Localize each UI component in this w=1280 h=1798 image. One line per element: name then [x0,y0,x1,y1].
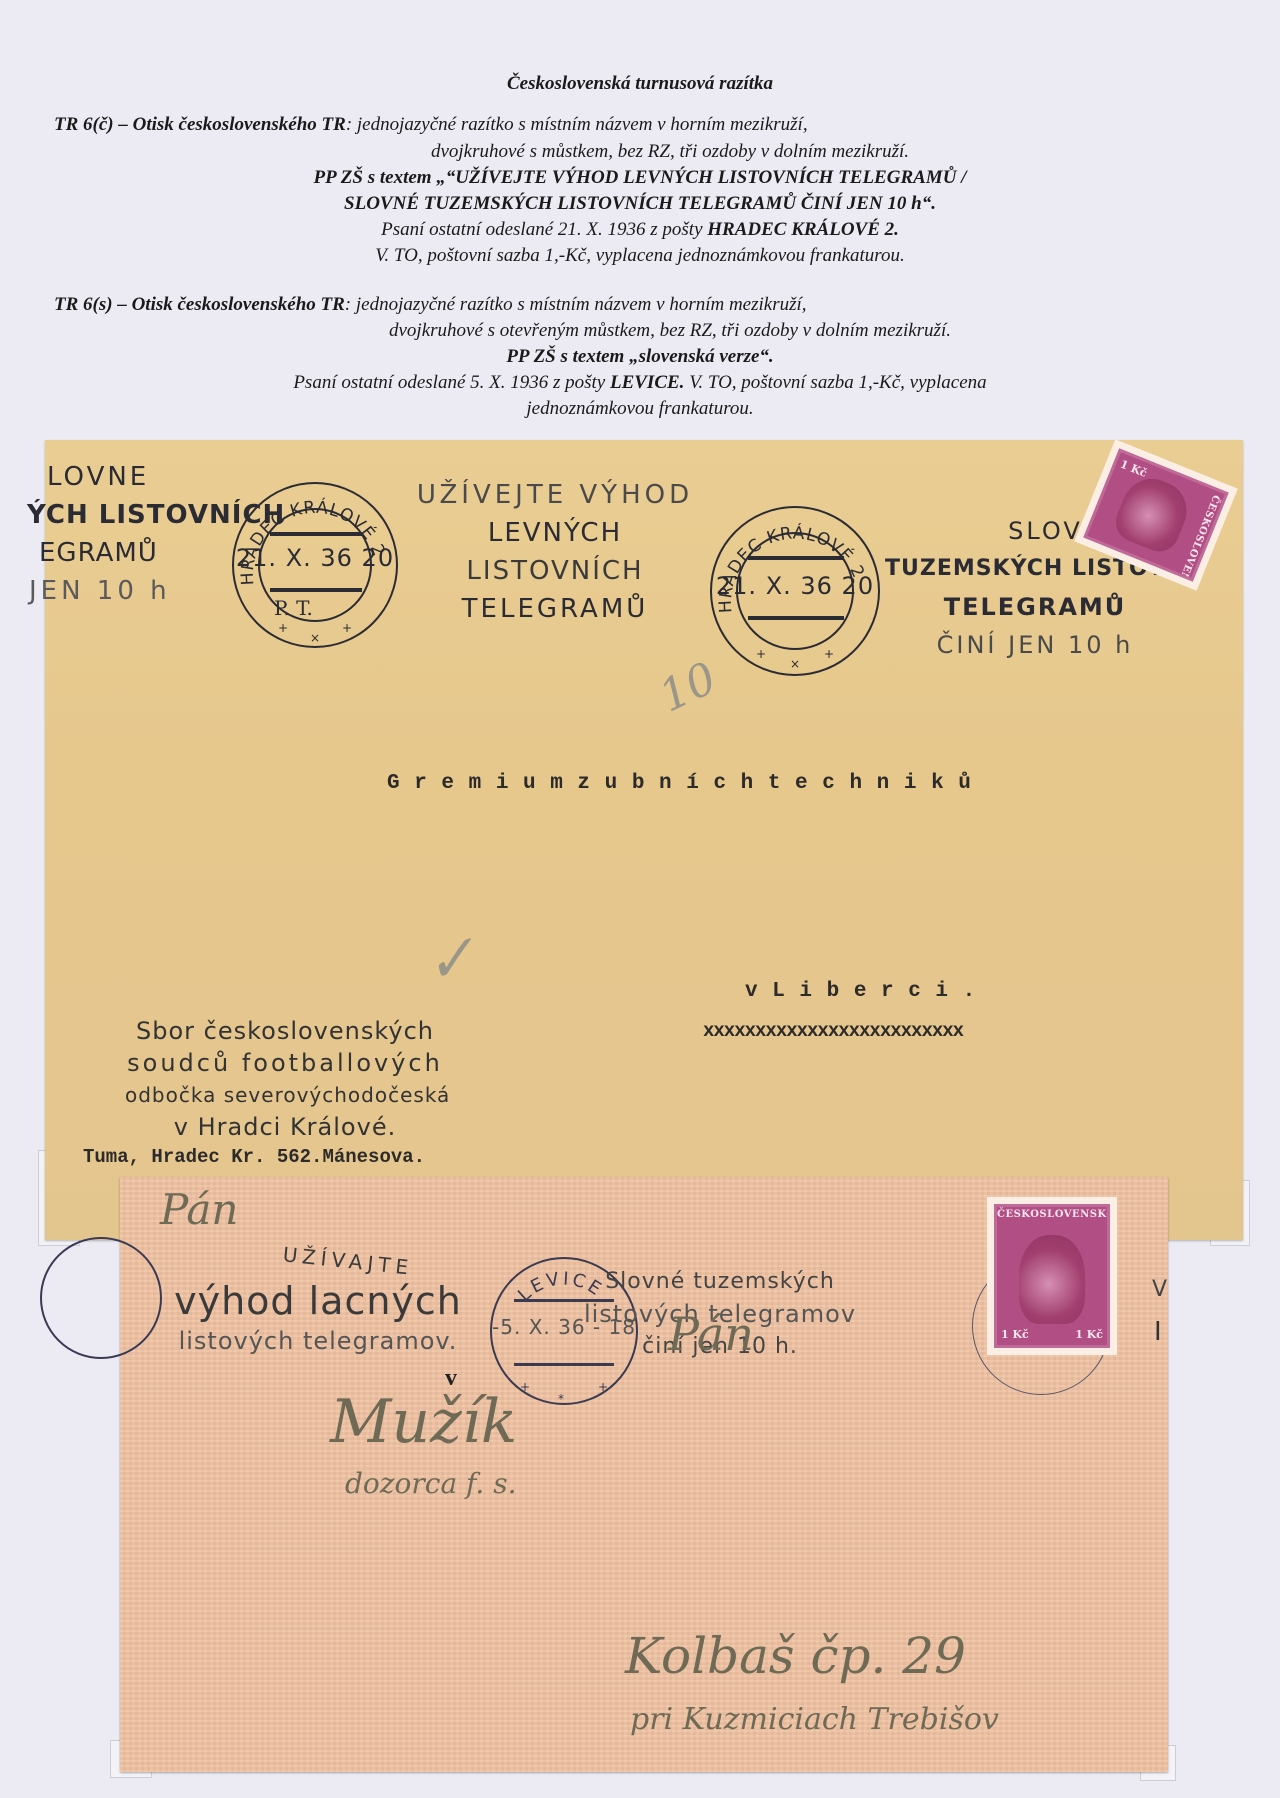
postmark-hradec-2: 21. X. 36 20 HRADEC KRÁLOVÉ 2 + × + [710,506,880,676]
addressee-underline: xxxxxxxxxxxxxxxxxxxxxxxxx [703,1020,963,1042]
tr6c-slogan: PP ZŠ s textem „“UŽÍVEJTE VÝHOD LEVNÝCH … [0,166,1280,190]
recipient-name: Mužík [330,1387,517,1457]
svg-text:*: * [558,1392,564,1403]
svg-text:+: + [278,621,288,635]
postmark-hradec-1: 21. X. 36 20 P. T. HRADEC KRÁLOVÉ 2 + × … [232,482,398,648]
svg-text:+: + [756,647,766,661]
svg-text:×: × [310,631,320,645]
address-line-2: pri Kuzmiciach Trebišov [630,1702,999,1737]
address-line-1: Kolbaš čp. 29 [625,1627,966,1685]
slogan-fragment-right: V [1152,1277,1167,1302]
tr6s-slogan: PP ZŠ s textem „slovenská verze“. [0,345,1280,369]
addressee-name: G r e m i u m z u b n í c h t e c h n i … [387,772,972,795]
svg-text:+: + [598,1380,608,1394]
tr6s-sent: Psaní ostatní odeslané 5. X. 1936 z pošt… [0,371,1280,395]
tr6c-rate: V. TO, poštovní sazba 1,-Kč, vyplacena j… [0,244,1280,268]
slogan-left: UŽÍVAJTE výhod lacných listových telegra… [158,1249,478,1355]
svg-text:+: + [342,621,352,635]
sender-typed-address: Tuma, Hradec Kr. 562.Mánesova. [83,1146,425,1168]
tr6c-heading: TR 6(č) – Otisk československého TR: jed… [54,113,808,137]
slogan-center: UŽÍVEJTE VÝHOD LEVNÝCH LISTOVNÍCH TELEGR… [405,476,705,628]
postage-stamp-masaryk: ČESKOSLOVENSKO 1 Kč 1 Kč [987,1197,1117,1355]
sender-block: Sbor československých soudců footballový… [125,1015,445,1143]
postmark-office-text: HRADEC KRÁLOVÉ 2 [238,496,389,586]
svg-text:×: × [790,657,800,671]
svg-text:HRADEC KRÁLOVÉ 2: HRADEC KRÁLOVÉ 2 [238,496,389,586]
tr6c-desc: dvojkruhové s můstkem, bez RZ, tři ozdob… [0,140,1280,164]
postmark-office-text: HRADEC KRÁLOVÉ 2 [716,521,869,613]
handwritten-greeting: Pán [160,1185,238,1234]
tr6s-desc: dvojkruhové s otevřeným můstkem, bez RZ,… [0,319,1280,343]
svg-text:+: + [520,1380,530,1394]
envelope-hradec-kralove: LOVNE ÝCH LISTOVNÍCH EGRAMŮ JEN 10 h 21.… [45,440,1243,1240]
addressee-city: v L i b e r c i . [745,980,976,1003]
tr6c-slogan-cont: SLOVNÉ TUZEMSKÝCH LISTOVNÍCH TELEGRAMŮ Č… [0,192,1280,216]
svg-text:HRADEC KRÁLOVÉ 2: HRADEC KRÁLOVÉ 2 [716,521,869,613]
handwritten-over-slogan: Pán [668,1307,754,1361]
page-title: Československá turnusová razítka [0,72,1280,96]
tr6s-rate: jednoznámkovou frankaturou. [0,397,1280,421]
recipient-title: dozorca f. s. [345,1467,517,1500]
envelope-levice: Pán UŽÍVAJTE výhod lacných listových tel… [120,1177,1168,1772]
tr6c-sent: Psaní ostatní odeslané 21. X. 1936 z poš… [0,218,1280,242]
pencil-checkmark: ✓ [419,921,481,999]
slogan-fragment-right: I [1154,1317,1162,1347]
postmark-partial [40,1237,162,1359]
tr6s-heading: TR 6(s) – Otisk československého TR: jed… [54,293,807,317]
svg-text:+: + [824,647,834,661]
